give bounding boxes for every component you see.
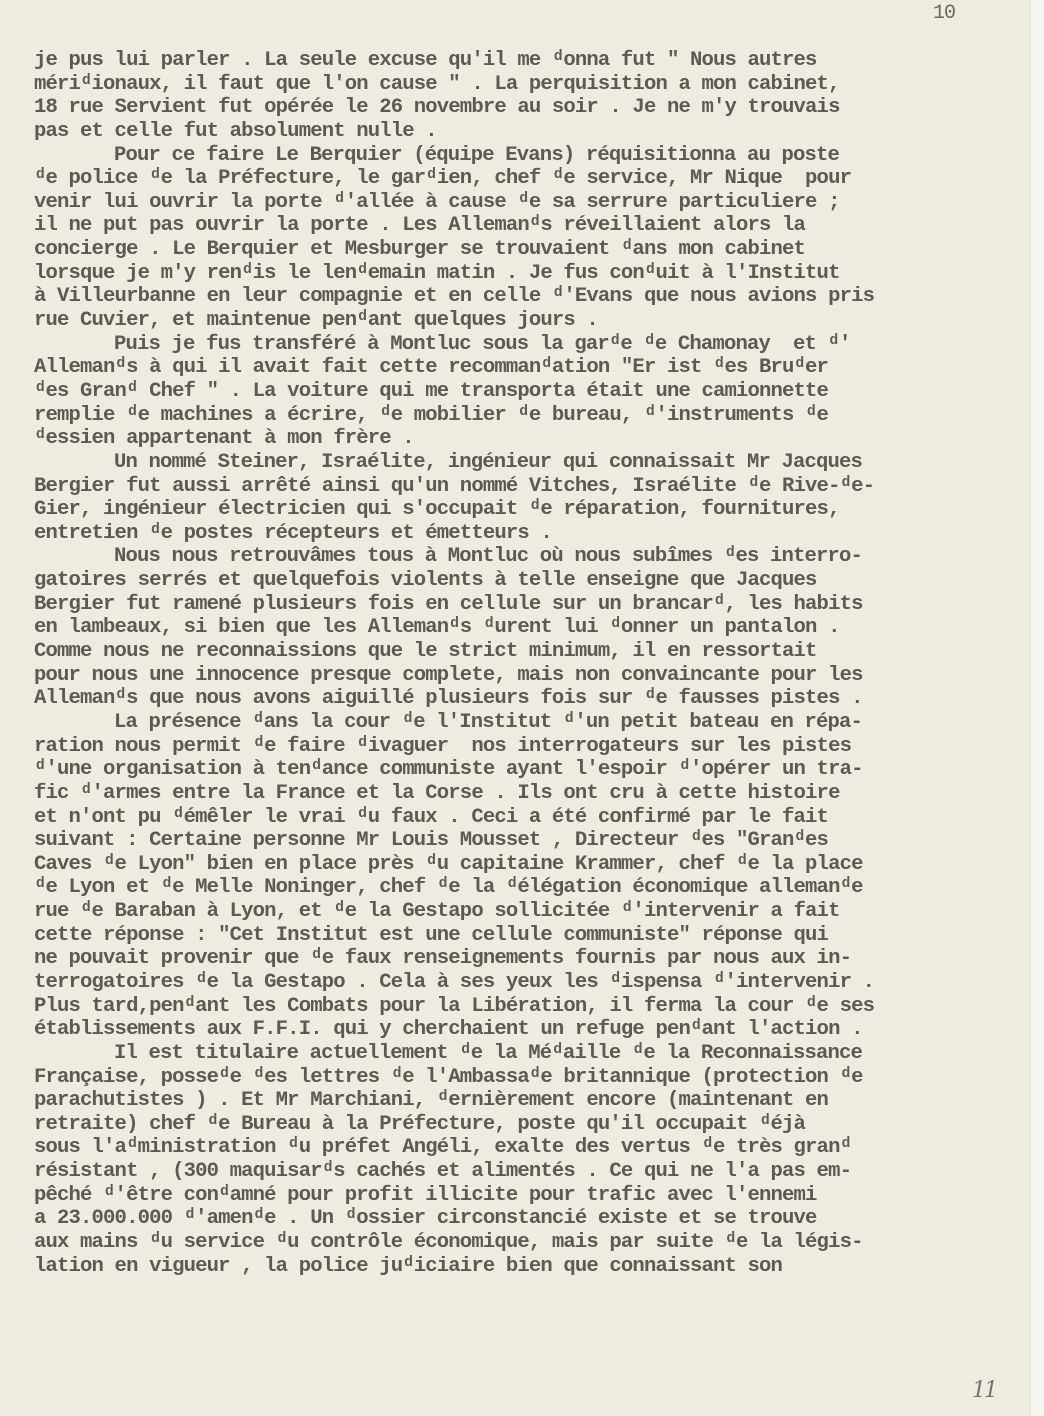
- text-line: ᵈ'une organisation à tenᵈance communiste…: [34, 758, 1024, 782]
- text-line: sous l'aᵈministration ᵈu préfet Angéli, …: [34, 1136, 1024, 1160]
- text-line: venir lui ouvrir la porte ᵈ'allée à caus…: [34, 191, 1024, 215]
- text-line: établissements aux F.F.I. qui y cherchai…: [34, 1018, 1024, 1042]
- text-line: ᵈes Granᵈ Chef " . La voiture qui me tra…: [34, 380, 1024, 404]
- text-line: Caves ᵈe Lyon" bien en place près ᵈu cap…: [34, 853, 1024, 877]
- text-line: cette réponse : "Cet Institut est une ce…: [34, 924, 1024, 948]
- text-line: pas et celle fut absolument nulle .: [34, 120, 1024, 144]
- text-line: gatoires serrés et quelquefois violents …: [34, 569, 1024, 593]
- text-line: ᵈe Lyon et ᵈe Melle Noninger, chef ᵈe la…: [34, 876, 1024, 900]
- text-line: je pus lui parler . La seule excuse qu'i…: [34, 49, 1024, 73]
- text-line: concierge . Le Berquier et Mesburger se …: [34, 238, 1024, 262]
- text-line: entretien ᵈe postes récepteurs et émette…: [34, 522, 1024, 546]
- text-line: lation en vigueur , la police juᵈiciaire…: [34, 1255, 1024, 1279]
- page-edge: [1030, 0, 1044, 1416]
- text-line: lorsque je m'y renᵈis le lenᵈemain matin…: [34, 262, 1024, 286]
- text-line: rue ᵈe Baraban à Lyon, et ᵈe la Gestapo …: [34, 900, 1024, 924]
- typewritten-body: je pus lui parler . La seule excuse qu'i…: [34, 49, 1024, 1278]
- text-line: Il est titulaire actuellement ᵈe la Méᵈa…: [34, 1042, 1024, 1066]
- text-line: fic ᵈ'armes entre la France et la Corse …: [34, 782, 1024, 806]
- text-line: aux mains ᵈu service ᵈu contrôle économi…: [34, 1231, 1024, 1255]
- text-line: parachutistes ) . Et Mr Marchiani, ᵈerni…: [34, 1089, 1024, 1113]
- text-line: à Villeurbanne en leur compagnie et en c…: [34, 285, 1024, 309]
- page-number: 10: [933, 2, 955, 25]
- text-line: ne pouvait provenir que ᵈe faux renseign…: [34, 947, 1024, 971]
- text-line: Un nommé Steiner, Israélite, ingénieur q…: [34, 451, 1024, 475]
- text-line: Française, posseᵈe ᵈes lettres ᵈe l'Amba…: [34, 1066, 1024, 1090]
- text-line: et n'ont pu ᵈémêler le vrai ᵈu faux . Ce…: [34, 806, 1024, 830]
- text-line: Bergier fut aussi arrêté ainsi qu'un nom…: [34, 475, 1024, 499]
- text-line: Nous nous retrouvâmes tous à Montluc où …: [34, 545, 1024, 569]
- text-line: rue Cuvier, et maintenue penᵈant quelque…: [34, 309, 1024, 333]
- text-line: Puis je fus transféré à Montluc sous la …: [34, 333, 1024, 357]
- text-line: Plus tard,penᵈant les Combats pour la Li…: [34, 995, 1024, 1019]
- text-line: suivant : Certaine personne Mr Louis Mou…: [34, 829, 1024, 853]
- text-line: retraite) chef ᵈe Bureau à la Préfecture…: [34, 1113, 1024, 1137]
- text-line: La présence ᵈans la cour ᵈe l'Institut ᵈ…: [34, 711, 1024, 735]
- text-line: ᵈe police ᵈe la Préfecture, le garᵈien, …: [34, 167, 1024, 191]
- text-line: Bergier fut ramené plusieurs fois en cel…: [34, 593, 1024, 617]
- text-line: pêché ᵈ'être conᵈamné pour profit illici…: [34, 1184, 1024, 1208]
- text-line: Pour ce faire Le Berquier (équipe Evans)…: [34, 144, 1024, 168]
- text-line: ᵈessien appartenant à mon frère .: [34, 427, 1024, 451]
- text-line: remplie ᵈe machines a écrire, ᵈe mobilie…: [34, 404, 1024, 428]
- handwritten-folio-number: 11: [972, 1378, 996, 1403]
- text-line: Allemanᵈs à qui il avait fait cette reco…: [34, 356, 1024, 380]
- text-line: pour nous une innocence presque complete…: [34, 664, 1024, 688]
- text-line: mériᵈionaux, il faut que l'on cause " . …: [34, 73, 1024, 97]
- text-line: a 23.000.000 ᵈ'amenᵈe . Un ᵈossier circo…: [34, 1207, 1024, 1231]
- text-line: Gier, ingénieur électricien qui s'occupa…: [34, 498, 1024, 522]
- text-line: terrogatoires ᵈe la Gestapo . Cela à ses…: [34, 971, 1024, 995]
- text-line: 18 rue Servient fut opérée le 26 novembr…: [34, 96, 1024, 120]
- text-line: résistant , (300 maquisarᵈs cachés et al…: [34, 1160, 1024, 1184]
- text-line: en lambeaux, si bien que les Allemanᵈs ᵈ…: [34, 616, 1024, 640]
- text-line: il ne put pas ouvrir la porte . Les Alle…: [34, 214, 1024, 238]
- text-line: Allemanᵈs que nous avons aiguillé plusie…: [34, 687, 1024, 711]
- text-line: Comme nous ne reconnaissions que le stri…: [34, 640, 1024, 664]
- text-line: ration nous permit ᵈe faire ᵈivaguer nos…: [34, 735, 1024, 759]
